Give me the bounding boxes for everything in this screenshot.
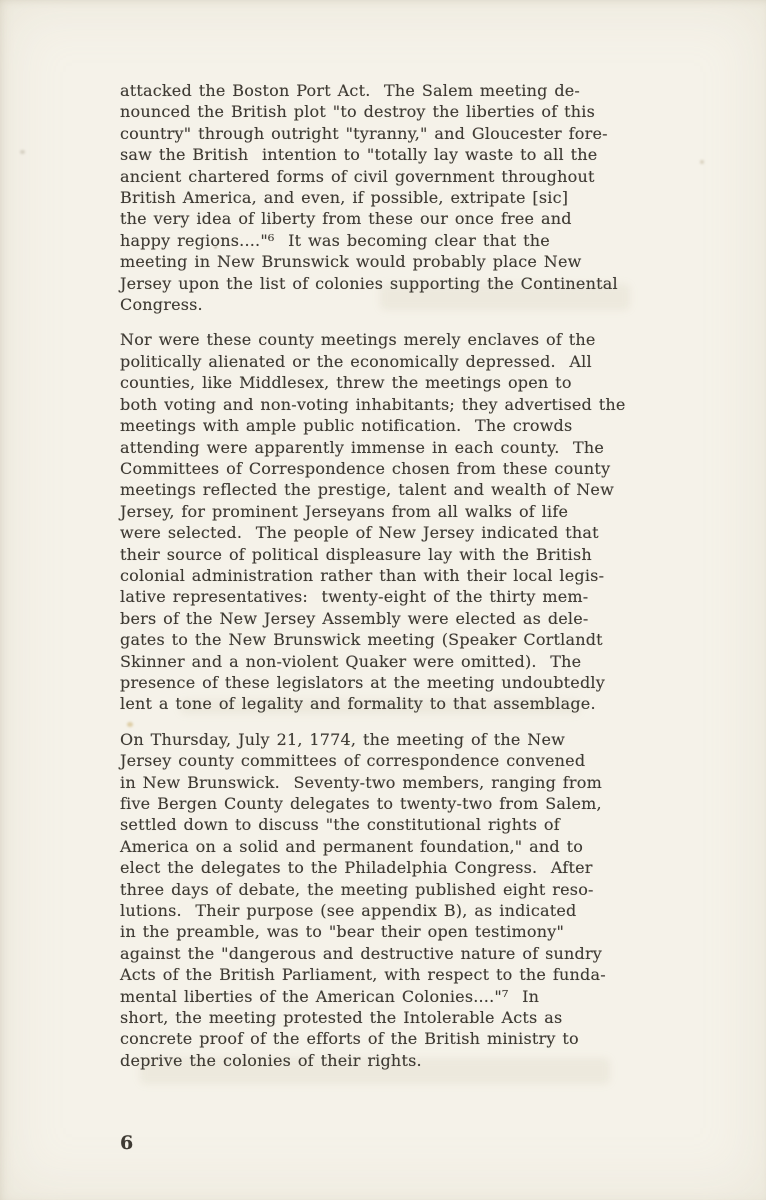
paragraph-county-meetings: Nor were these county meetings merely en…	[120, 329, 680, 714]
scanned-document-page: attacked the Boston Port Act. The Salem …	[0, 0, 766, 1200]
paragraph-new-brunswick-convention: On Thursday, July 21, 1774, the meeting …	[120, 729, 680, 1072]
paper-fleck	[700, 160, 704, 164]
paragraph-salem-gloucester: attacked the Boston Port Act. The Salem …	[120, 80, 680, 315]
document-text: attacked the Boston Port Act. The Salem …	[120, 80, 680, 1071]
page-number: 6	[120, 1132, 133, 1154]
paper-fleck	[20, 150, 25, 154]
